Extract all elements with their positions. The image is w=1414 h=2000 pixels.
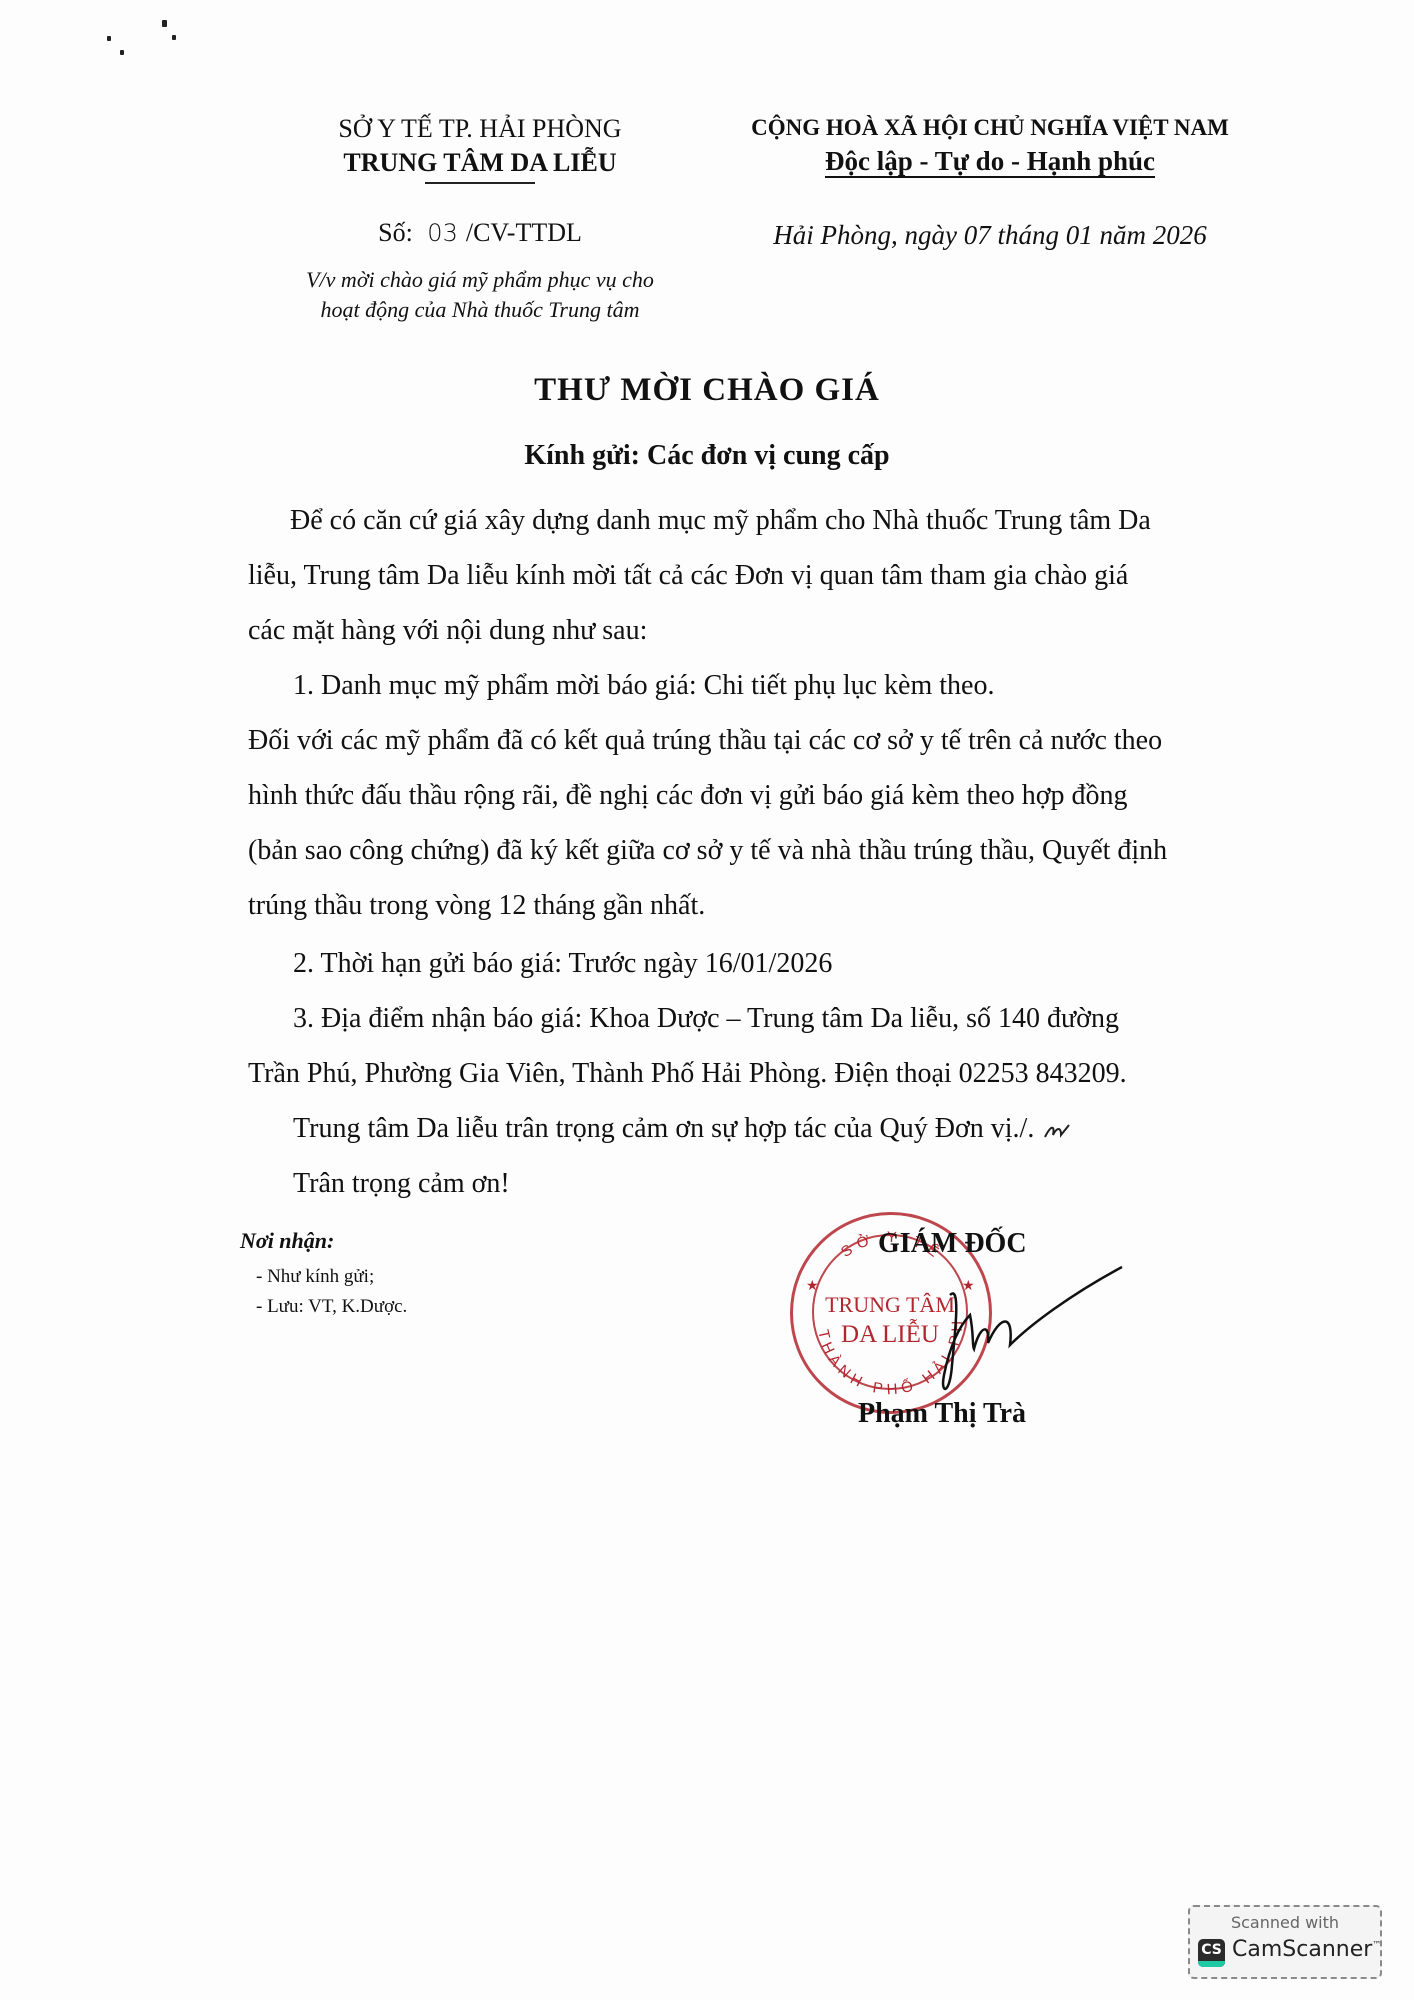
subject-line-1: V/v mời chào giá mỹ phẩm phục vụ cho	[260, 265, 700, 295]
watermark-caption: Scanned with	[1190, 1913, 1380, 1932]
list-item: 1. Danh mục mỹ phẩm mời báo giá: Chi tiế…	[293, 670, 994, 702]
national-motto-line-2: Độc lập - Tự do - Hạnh phúc	[740, 144, 1240, 178]
national-motto-line-1: CỘNG HOÀ XÃ HỘI CHỦ NGHĨA VIỆT NAM	[740, 112, 1240, 144]
issuer-block: SỞ Y TẾ TP. HẢI PHÒNG TRUNG TÂM DA LIỄU	[280, 112, 680, 184]
body-line: Trần Phú, Phường Gia Viên, Thành Phố Hải…	[248, 1058, 1127, 1090]
camscanner-watermark: Scanned with CS CamScanner™	[1188, 1905, 1382, 1979]
doc-number-suffix: /CV-TTDL	[466, 218, 582, 247]
closing-thanks: Trân trọng cảm ơn!	[293, 1168, 510, 1200]
signer-name: Phạm Thị Trà	[858, 1398, 1026, 1430]
initials-icon	[1041, 1119, 1075, 1143]
list-item: 2. Thời hạn gửi báo giá: Trước ngày 16/0…	[293, 948, 832, 980]
list-item: 3. Địa điểm nhận báo giá: Khoa Dược – Tr…	[293, 1003, 1119, 1035]
recipient-item: - Như kính gửi;	[240, 1262, 407, 1292]
body-line: hình thức đấu thầu rộng rãi, đề nghị các…	[248, 780, 1128, 812]
signer-position: GIÁM ĐỐC	[878, 1228, 1027, 1260]
closing-text: Trung tâm Da liễu trân trọng cảm ơn sự h…	[293, 1113, 1034, 1144]
watermark-brand: CamScanner™	[1232, 1937, 1381, 1962]
closing-line: Trung tâm Da liễu trân trọng cảm ơn sự h…	[293, 1113, 1075, 1145]
issuer-name: TRUNG TÂM DA LIỄU	[280, 146, 680, 180]
body-line: liễu, Trung tâm Da liễu kính mời tất cả …	[248, 560, 1128, 592]
body-line: trúng thầu trong vòng 12 tháng gần nhất.	[248, 890, 705, 922]
doc-number: Số: 03/CV-TTDL	[280, 218, 680, 248]
body-line: các mặt hàng với nội dung như sau:	[248, 615, 647, 647]
body-line: Để có căn cứ giá xây dựng danh mục mỹ ph…	[290, 505, 1151, 537]
recipients-label: Nơi nhận:	[240, 1228, 407, 1254]
recipients-block: Nơi nhận: - Như kính gửi; - Lưu: VT, K.D…	[240, 1228, 407, 1322]
national-header: CỘNG HOÀ XÃ HỘI CHỦ NGHĨA VIỆT NAM Độc l…	[740, 112, 1240, 178]
document-title: THƯ MỜI CHÀO GIÁ	[0, 372, 1414, 409]
issuer-underline	[425, 182, 535, 184]
camscanner-logo-icon: CS	[1198, 1939, 1225, 1967]
doc-number-value: 03	[419, 219, 466, 247]
subject-block: V/v mời chào giá mỹ phẩm phục vụ cho hoạ…	[260, 265, 700, 325]
issuer-parent: SỞ Y TẾ TP. HẢI PHÒNG	[280, 112, 680, 146]
subject-line-2: hoạt động của Nhà thuốc Trung tâm	[260, 295, 700, 325]
recipient-item: - Lưu: VT, K.Dược.	[240, 1292, 407, 1322]
body-line: (bản sao công chứng) đã ký kết giữa cơ s…	[248, 835, 1167, 867]
salutation: Kính gửi: Các đơn vị cung cấp	[0, 440, 1414, 472]
issue-date: Hải Phòng, ngày 07 tháng 01 năm 2026	[740, 220, 1240, 251]
body-line: Đối với các mỹ phẩm đã có kết quả trúng …	[248, 725, 1162, 757]
doc-number-label: Số:	[378, 218, 413, 247]
